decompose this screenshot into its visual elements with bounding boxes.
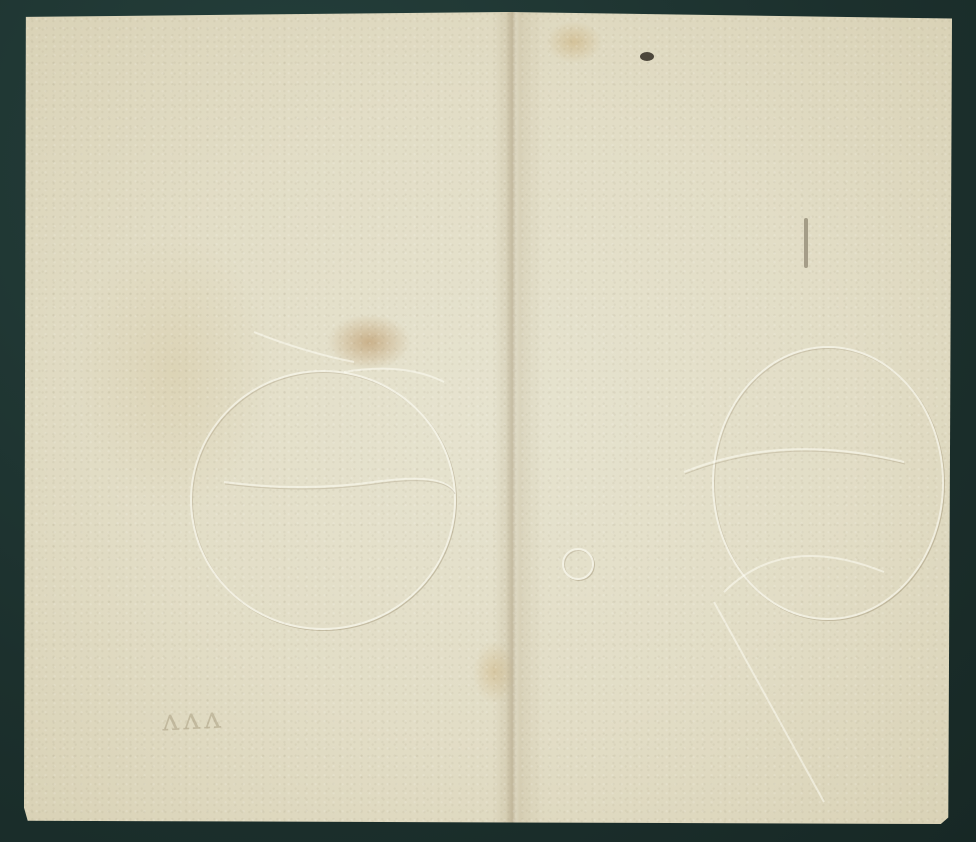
emboss-relief-lines [24, 12, 952, 824]
paper-sheet: ᴧᴧᴧ [24, 12, 952, 824]
